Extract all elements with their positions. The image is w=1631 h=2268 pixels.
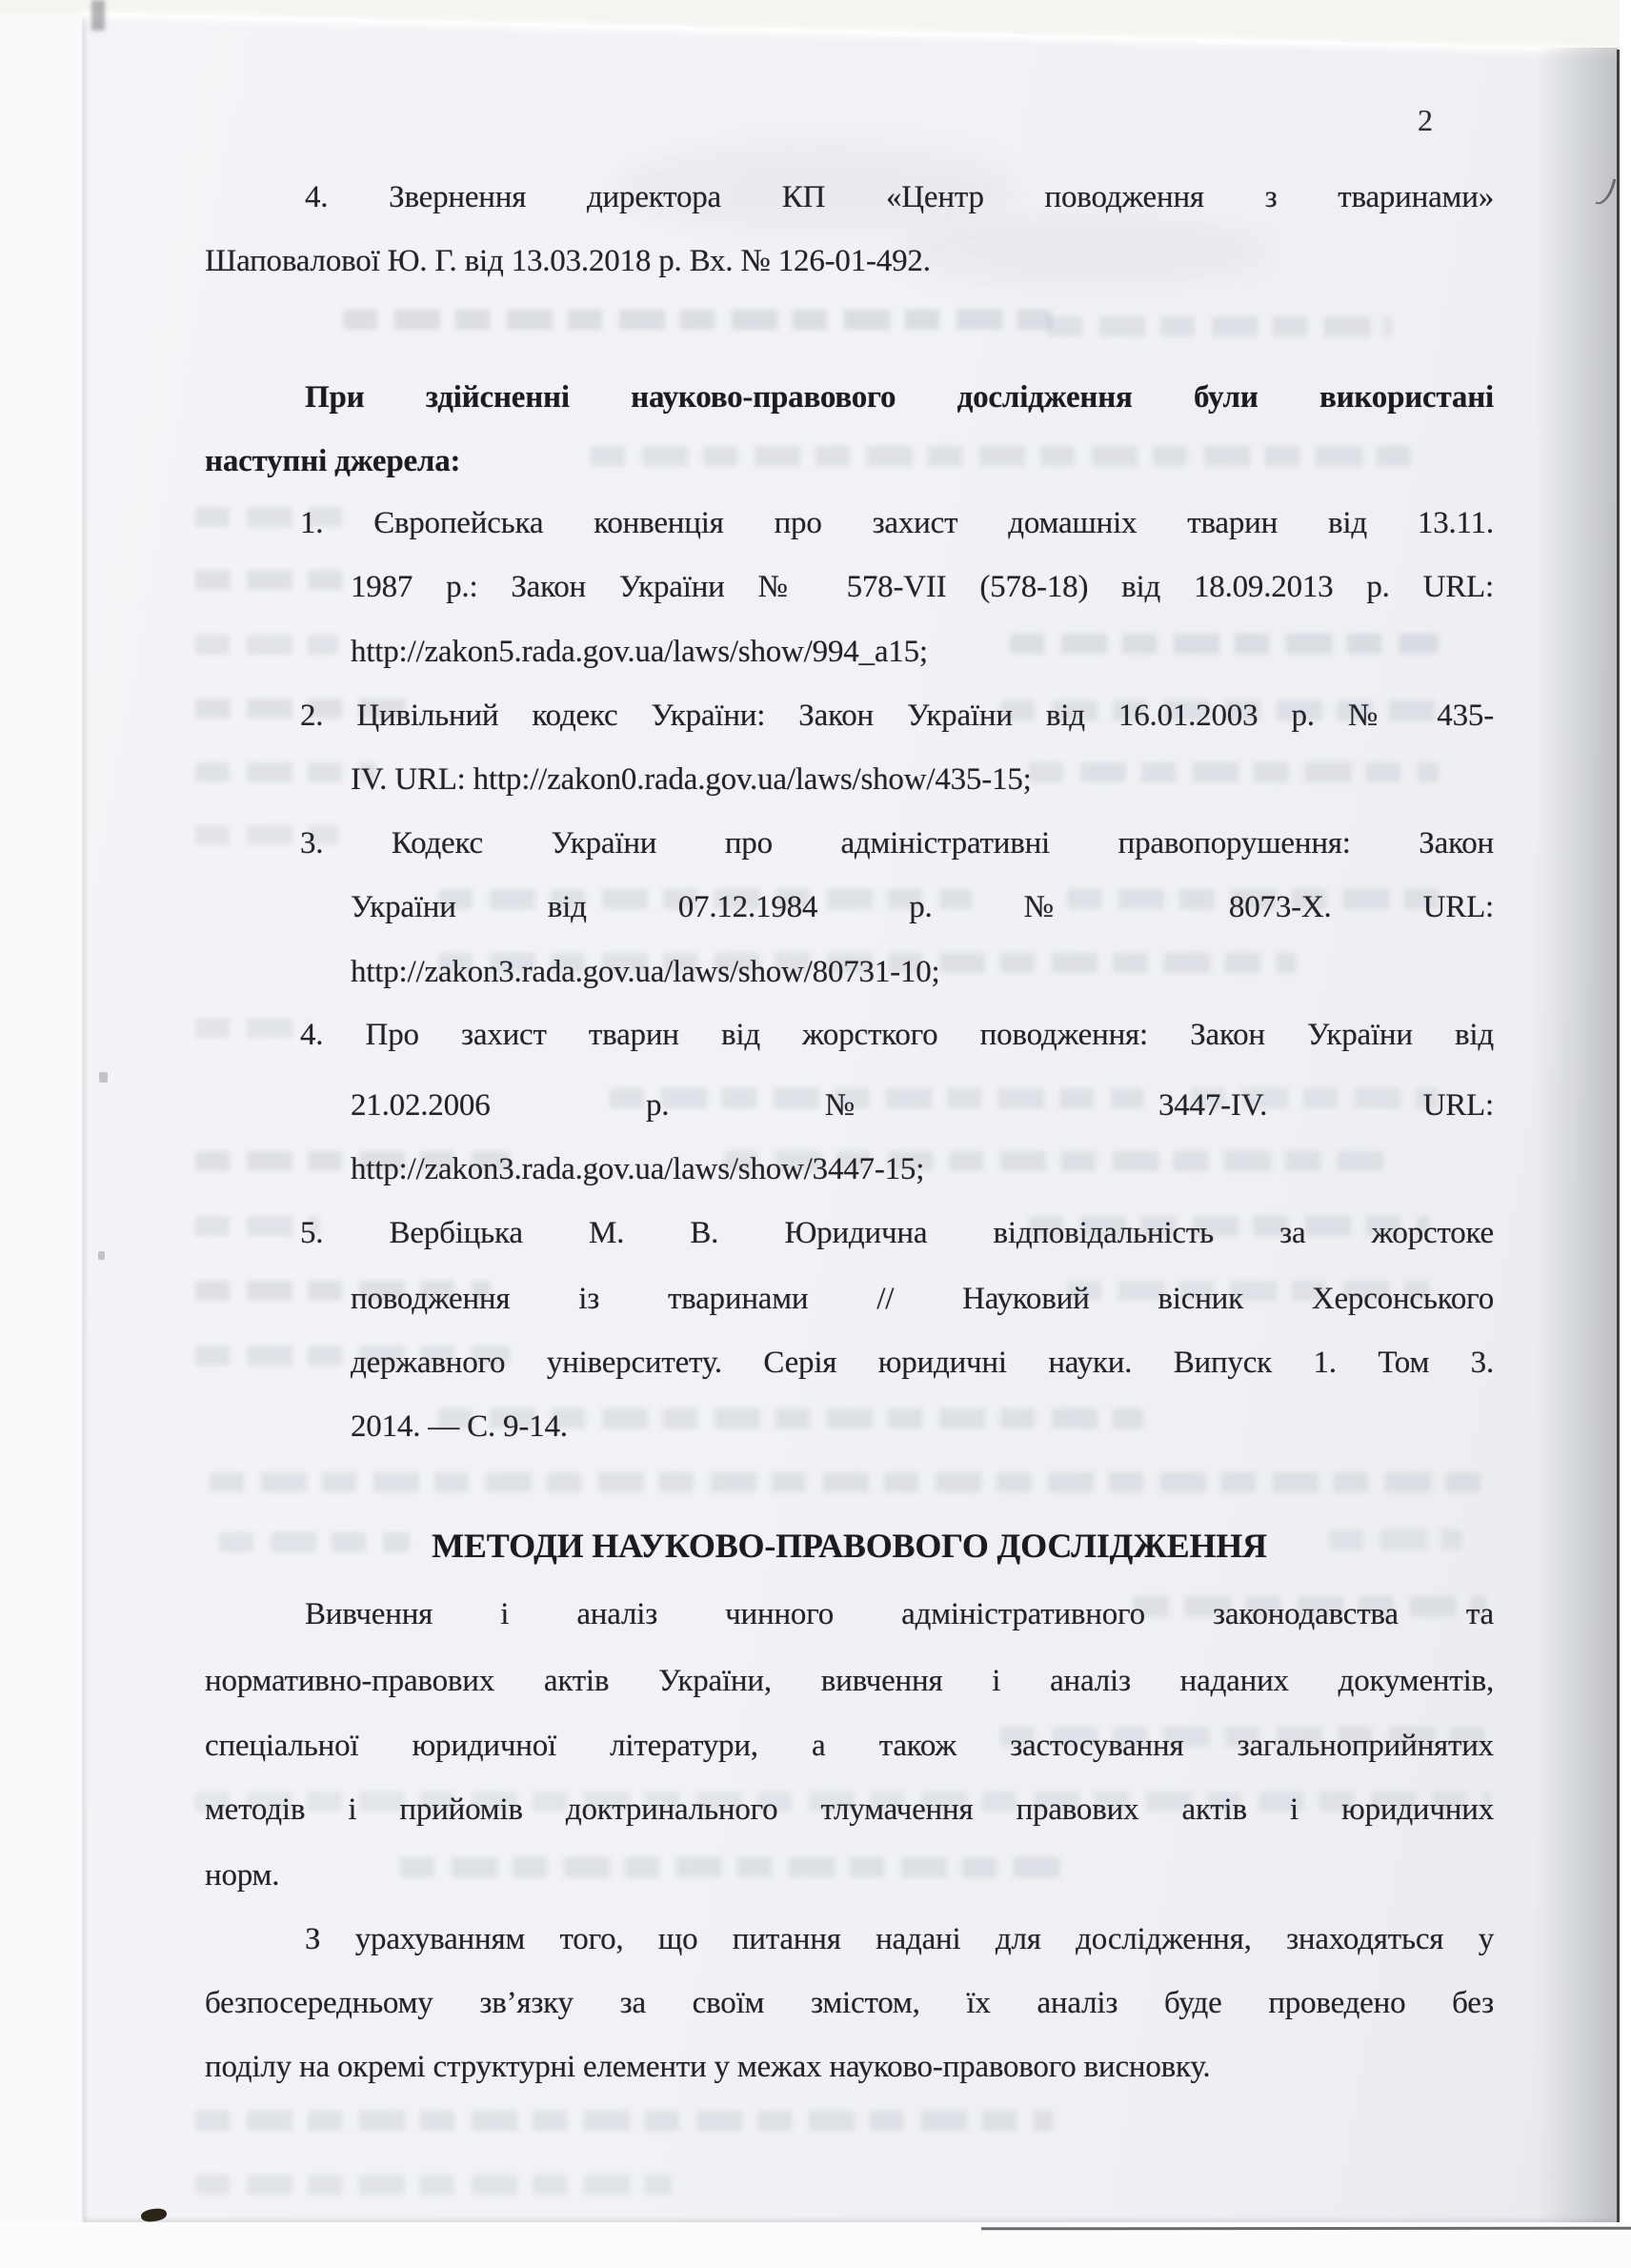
bleedthrough-smudge	[195, 635, 338, 655]
scan-top-margin	[0, 0, 1631, 14]
paper-left-edge-shadow	[82, 10, 89, 2230]
edge-tick-mark	[98, 1251, 105, 1260]
methods-paragraph-line: Вивчення і аналіз чинного адміністративн…	[305, 1593, 1494, 1635]
methods-paragraph-line: методів і прийомів доктринального тлумач…	[205, 1789, 1494, 1831]
page-number: 2	[1418, 103, 1433, 138]
methods-paragraph-line: спеціальної юридичної літератури, а тако…	[205, 1725, 1494, 1767]
bleedthrough-smudge	[195, 570, 357, 590]
bleedthrough-smudge	[1029, 762, 1439, 782]
source-item-1-url: http://zakon5.rada.gov.ua/laws/show/994_…	[351, 631, 928, 673]
methods-paragraph-line: нормативно-правових актів України, вивче…	[205, 1660, 1494, 1702]
scope-paragraph-line: безпосередньому зв’язку за своїм змістом…	[205, 1982, 1494, 2024]
source-item-3-line: України від 07.12.1984 р. № 8073-X. URL:	[351, 886, 1494, 928]
scanned-page: { "page_number": "2", "appeal_paragraph"…	[0, 0, 1631, 2268]
corner-speck	[91, 0, 105, 30]
source-item-4-line: 4. Про захист тварин від жорсткого повод…	[300, 1014, 1494, 1056]
paper-right-curl-shadow	[1536, 48, 1618, 2222]
scan-blotch	[896, 214, 1267, 286]
source-item-5-line: поводження із тваринами // Науковий вісн…	[351, 1278, 1494, 1320]
bleedthrough-smudge	[591, 446, 1410, 466]
bleedthrough-smudge	[195, 2111, 1053, 2131]
bleedthrough-smudge	[343, 310, 1067, 330]
source-item-3-url: http://zakon3.rada.gov.ua/laws/show/8073…	[351, 951, 940, 993]
sources-intro-line: наступні джерела:	[205, 440, 460, 482]
scan-bottom-line-artifact	[981, 2227, 1631, 2231]
source-item-5-line: державного університету. Серія юридичні …	[351, 1342, 1494, 1384]
appeal-paragraph-line: 4. Звернення директора КП «Центр поводже…	[305, 176, 1494, 218]
appeal-paragraph-line: Шаповалової Ю. Г. від 13.03.2018 р. Вх. …	[205, 240, 931, 282]
source-item-1-line: 1987 р.: Закон України № 578-VII (578-18…	[351, 566, 1494, 608]
bleedthrough-smudge	[195, 1018, 310, 1038]
edge-tick-mark	[99, 1072, 108, 1083]
bleedthrough-smudge	[1048, 316, 1391, 336]
bleedthrough-smudge	[195, 2175, 672, 2195]
bleedthrough-smudge	[1010, 634, 1439, 654]
source-item-4-line: 21.02.2006 р. № 3447-IV. URL:	[351, 1084, 1494, 1126]
scope-paragraph-line: поділу на окремі структурні елементи у м…	[205, 2046, 1210, 2088]
source-item-5-line: 2014. — С. 9-14.	[351, 1406, 568, 1448]
scan-right-margin	[1620, 0, 1631, 2268]
source-item-1-line: 1. Європейська конвенція про захист дома…	[300, 502, 1494, 544]
scope-paragraph-line: З урахуванням того, що питання надані дл…	[305, 1918, 1494, 1960]
sources-intro-line: При здійсненні науково-правового дослідж…	[305, 376, 1494, 418]
scan-left-margin	[0, 0, 84, 2268]
source-item-2-line: 2. Цивільний кодекс України: Закон Украї…	[300, 695, 1494, 737]
source-item-4-url: http://zakon3.rada.gov.ua/laws/show/3447…	[351, 1148, 924, 1190]
bleedthrough-smudge	[195, 762, 376, 782]
source-item-5-line: 5. Вербіцька М. В. Юридична відповідальн…	[300, 1212, 1494, 1254]
bleedthrough-smudge	[400, 1857, 1067, 1877]
bleedthrough-smudge	[210, 1472, 1486, 1492]
methods-paragraph-line: норм.	[205, 1854, 279, 1896]
source-item-2-url: IV. URL: http://zakon0.rada.gov.ua/laws/…	[351, 759, 1032, 800]
source-item-3-line: 3. Кодекс України про адміністративні пр…	[300, 822, 1494, 864]
methods-section-heading: МЕТОДИ НАУКОВО-ПРАВОВОГО ДОСЛІДЖЕННЯ	[205, 1525, 1494, 1567]
